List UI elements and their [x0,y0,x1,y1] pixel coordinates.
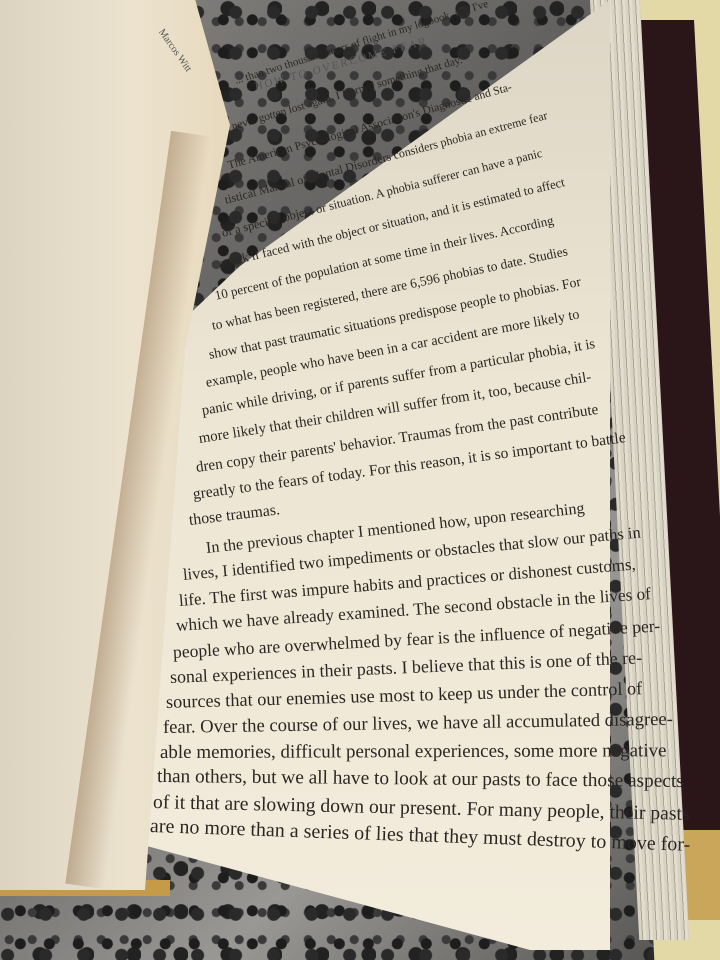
text-line: able memories, difficult personal experi… [160,740,667,764]
